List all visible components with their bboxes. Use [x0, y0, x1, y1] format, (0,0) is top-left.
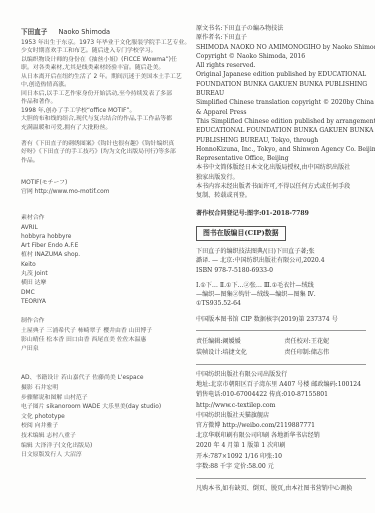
- copyright-line: 独家出版发行。: [196, 173, 366, 182]
- bio-line: 作品和著作。: [21, 98, 193, 106]
- credit-line: 日文原版发行人 大沼淳: [21, 451, 193, 461]
- materials-section: 素材合作 AVRILhobbyra hobbyreArt Fiber Endo …: [21, 214, 193, 307]
- copyright-line: BUREAU: [196, 89, 366, 98]
- copyright-line: FOUNDATION BUNKA GAKUEN BUNKA PUBLISHING: [196, 80, 366, 89]
- credit-line: 摄影 石井宏明: [21, 384, 193, 394]
- copyright-line: & Apparel Press: [196, 108, 366, 117]
- copyright-line: Original Japanese edition published by E…: [196, 70, 366, 79]
- author-name: 下田直子 Naoko Shimoda: [21, 27, 193, 37]
- copyright-line: EDUCATIONAL FOUNDATION BUNKA GAKUEN BUNK…: [196, 126, 366, 135]
- books-line: 好呀》《下田直子的手工技巧》(均为文化出版局刊行)等多部: [21, 148, 193, 156]
- author-name-cn: 下田直子: [21, 28, 47, 36]
- credit-line: 技术编辑 志村八重子: [21, 432, 193, 442]
- right-column: 原文书名:下田直子の編み物技法原作者名:下田直子SHIMODA NAOKO NO…: [196, 24, 366, 493]
- publisher-line: 2020 年 4 月第 1 版第 1 次印刷: [196, 441, 366, 451]
- copyright-line: Simplified Chinese translation copyright…: [196, 98, 366, 107]
- bio-line: 1998 年,创办了手工学校“office MOTIF”。: [21, 107, 193, 115]
- copyright-line: All rights reserved.: [196, 61, 366, 70]
- credits-section: AD、书籍设计 若山嘉代子 佐藤尚美 L'espace摄影 石井宏明步骤解说和图…: [21, 374, 193, 460]
- staff-item: 装帧设计:培捷文化: [196, 347, 284, 358]
- copyright-line: 本书中文简体版经日本文化出版局授权,由中国纺织出版社: [196, 163, 366, 172]
- staff-item: 责任校对:王花妮: [284, 336, 329, 347]
- bio-line: 大胆的布和线的组合,现代与复古结合的作品,手工作品等都: [21, 115, 193, 123]
- copyright-line: PUBLISHING BUREAU, Tokyo, through: [196, 136, 366, 145]
- materials-header: 素材合作: [21, 214, 193, 223]
- credit-line: 编辑 大泽洋子(文化出版局): [21, 442, 193, 452]
- copyright-line: Copyright © Naoko Shimoda, 2016: [196, 52, 366, 61]
- cip-class-line: ①TS935.52-64: [196, 299, 366, 308]
- cip-entry-line: 潞译. — 北京:中国纺织出版社有限公司,2020.4: [196, 256, 366, 265]
- cip-entry-line: ISBN 978-7-5180-6933-0: [196, 266, 366, 275]
- credit-line: 电子图片 sikanoroom WADE 大乐里美(day studio): [21, 403, 193, 413]
- cip-box: 图书在版编目(CIP)数据: [196, 226, 286, 241]
- bio-line: 从日本离开后在纽约生活了 2 年。期间沉迷于美国本土手工艺: [21, 73, 193, 81]
- divider: [196, 330, 366, 331]
- production-section: 制作合作 土屋典子 三浦希代子 柿崎翠子 樱井由香 山田博子影山晴佳 松本香 田…: [21, 317, 193, 354]
- copyright-line: Representative Office, Beijing: [196, 154, 366, 163]
- production-line: 土屋典子 三浦希代子 柿崎翠子 樱井由香 山田博子: [21, 327, 193, 336]
- publisher-line: 地址:北京市朝阳区百子湾东里 A407 号楼 邮政编码:100124: [196, 380, 366, 390]
- material-item: TEORIYA: [21, 298, 193, 307]
- cip-class-line: —编织—图集②钩针—绒线—编织—图集 Ⅳ.: [196, 290, 366, 299]
- staff-row: 责任编辑:阚媛媛 责任校对:王花妮: [196, 336, 366, 347]
- material-item: DMC: [21, 289, 193, 298]
- publisher-line: 销售电话:010-67004422 传真:010-87155801: [196, 390, 366, 400]
- bio-line: 少女时期喜欢手工和布艺。随后进入专门学校学习。: [21, 47, 193, 55]
- author-bio: 1953 年出生于东京。1973 年毕业于文化服装学院手工艺专业。少女时期喜欢手…: [21, 39, 193, 132]
- copyright-line: 本书内容未经出版者书面许可,不得以任何方式或任何手段: [196, 182, 366, 191]
- materials-list: AVRILhobbyra hobbyreArt Fiber Endo A.F.E…: [21, 224, 193, 308]
- material-item: hobbyra hobbyre: [21, 233, 193, 242]
- material-item: 丸茂 Joint: [21, 270, 193, 279]
- material-item: 植村 INAZUMA shop.: [21, 251, 193, 260]
- copyright-line: This Simplified Chinese edition publishe…: [196, 117, 366, 126]
- bio-line: 职。对各类素材,尤其是线类素材经验丰富。随后赴美。: [21, 64, 193, 72]
- material-item: AVRIL: [21, 224, 193, 233]
- copyright-block: 原文书名:下田直子の編み物技法原作者名:下田直子SHIMODA NAOKO NO…: [196, 24, 366, 201]
- material-item: Keito: [21, 261, 193, 270]
- production-list: 土屋典子 三浦希代子 柿崎翠子 樱井由香 山田博子影山晴佳 松本香 田口由香 西…: [21, 327, 193, 355]
- staff-block: 责任编辑:阚媛媛 责任校对:王花妮 装帧设计:培捷文化 责任印制:储志伟: [196, 336, 366, 358]
- motif-website: MOTIF(モチーフ)官网 http://www.mo-motif.com: [21, 179, 193, 196]
- divider: [196, 478, 366, 479]
- credit-line: 校阅 向井雅子: [21, 422, 193, 432]
- production-line: 影山晴佳 松本香 田口由香 西尾直美 佐佐木温惠: [21, 336, 193, 345]
- cip-classification: Ⅰ.①下… Ⅱ.①下…②张… Ⅲ.①毛衣针—绒线—编织—图集②钩针—绒线—编织—…: [196, 281, 366, 309]
- publisher-line: 中国纺织出版社有限公司出版发行: [196, 370, 366, 380]
- credit-line: AD、书籍设计 若山嘉代子 佐藤尚美 L'espace: [21, 374, 193, 384]
- bio-line: 充满温暖和可爱,拥有了大批粉丝。: [21, 124, 193, 132]
- staff-item: 责任印制:储志伟: [284, 347, 329, 358]
- author-name-en: Naoko Shimoda: [58, 28, 110, 36]
- books-line: 作品。: [21, 157, 193, 165]
- material-item: 横田 达摩: [21, 279, 193, 288]
- staff-row: 装帧设计:培捷文化 责任印制:储志伟: [196, 347, 366, 358]
- copyright-line: 复制、转载或刊登。: [196, 191, 366, 200]
- bio-line: 1953 年出生于东京。1973 年毕业于文化服装学院手工艺专业。: [21, 39, 193, 47]
- publisher-line: 中国纺织出版社天猫旗舰店: [196, 411, 366, 421]
- copyright-line: 原文书名:下田直子の編み物技法: [196, 24, 366, 33]
- production-line: 户田泉: [21, 345, 193, 354]
- material-item: Art Fiber Endo A.F.E: [21, 242, 193, 251]
- publisher-block: 中国纺织出版社有限公司出版发行地址:北京市朝阳区百子湾东里 A407 号楼 邮政…: [196, 370, 366, 472]
- publisher-line: http://www.c-textilep.com: [196, 401, 366, 411]
- copyright-line: 原作者名:下田直子: [196, 33, 366, 42]
- divider: [196, 364, 366, 365]
- credit-line: 文化 phototype: [21, 413, 193, 423]
- bio-line: 回日本后,以手工艺作家身份开始活动,至今持续发表了多部: [21, 90, 193, 98]
- copyright-page: 下田直子 Naoko Shimoda 1953 年出生于东京。1973 年毕业于…: [0, 0, 375, 513]
- publisher-line: 官方微博 http://weibo.com/2119887771: [196, 421, 366, 431]
- cip-entry: 下田直子的编织技法图典/(日)下田直子著;张潞译. — 北京:中国纺织出版社有限…: [196, 247, 366, 275]
- registration-number: 著作权合同登记号:图字:01-2018-7789: [196, 209, 366, 218]
- staff-item: 责任编辑:阚媛媛: [196, 336, 284, 347]
- publisher-line: 开本:787×1092 1/16 印张:10: [196, 452, 366, 462]
- motif-line: MOTIF(モチーフ): [21, 179, 193, 187]
- bio-line: 中,创造热情高涨。: [21, 81, 193, 89]
- motif-line: 官网 http://www.mo-motif.com: [21, 188, 193, 196]
- cip-class-line: Ⅰ.①下… Ⅱ.①下…②张… Ⅲ.①毛衣针—绒线: [196, 281, 366, 290]
- bio-line: 以编织物设计师的身份在《抽丝小姐》(FICCE Wowma”)任: [21, 56, 193, 64]
- copyright-line: HonnoKizuna, Inc., Tokyo, and Shinwon Ag…: [196, 145, 366, 154]
- publisher-line: 北京华联印刷有限公司印刷 各地新华书店经销: [196, 431, 366, 441]
- copyright-line: SHIMODA NAOKO NO AMIMONOGIHO by Naoko Sh…: [196, 43, 366, 52]
- production-header: 制作合作: [21, 317, 193, 326]
- return-policy-note: 凡购本书,如有缺页、倒页、脱页,由本社图书营销中心调换: [196, 484, 366, 493]
- publisher-line: 字数:88 千字 定价:58.00 元: [196, 462, 366, 472]
- published-works: 著有《下田直子的刺绣图案》《钩针也很有趣》《钩针编织真好呀》《下田直子的手工技巧…: [21, 140, 193, 165]
- cip-header: 图书在版编目(CIP)数据: [203, 229, 279, 237]
- cip-record-number: 中国版本图书馆 CIP 数据核字(2019)第 237374 号: [196, 315, 366, 324]
- left-column: 下田直子 Naoko Shimoda 1953 年出生于东京。1973 年毕业于…: [21, 27, 193, 461]
- books-line: 著有《下田直子的刺绣图案》《钩针也很有趣》《钩针编织真: [21, 140, 193, 148]
- credit-line: 步骤解说和图解 山村范子: [21, 394, 193, 404]
- cip-entry-line: 下田直子的编织技法图典/(日)下田直子著;张: [196, 247, 366, 256]
